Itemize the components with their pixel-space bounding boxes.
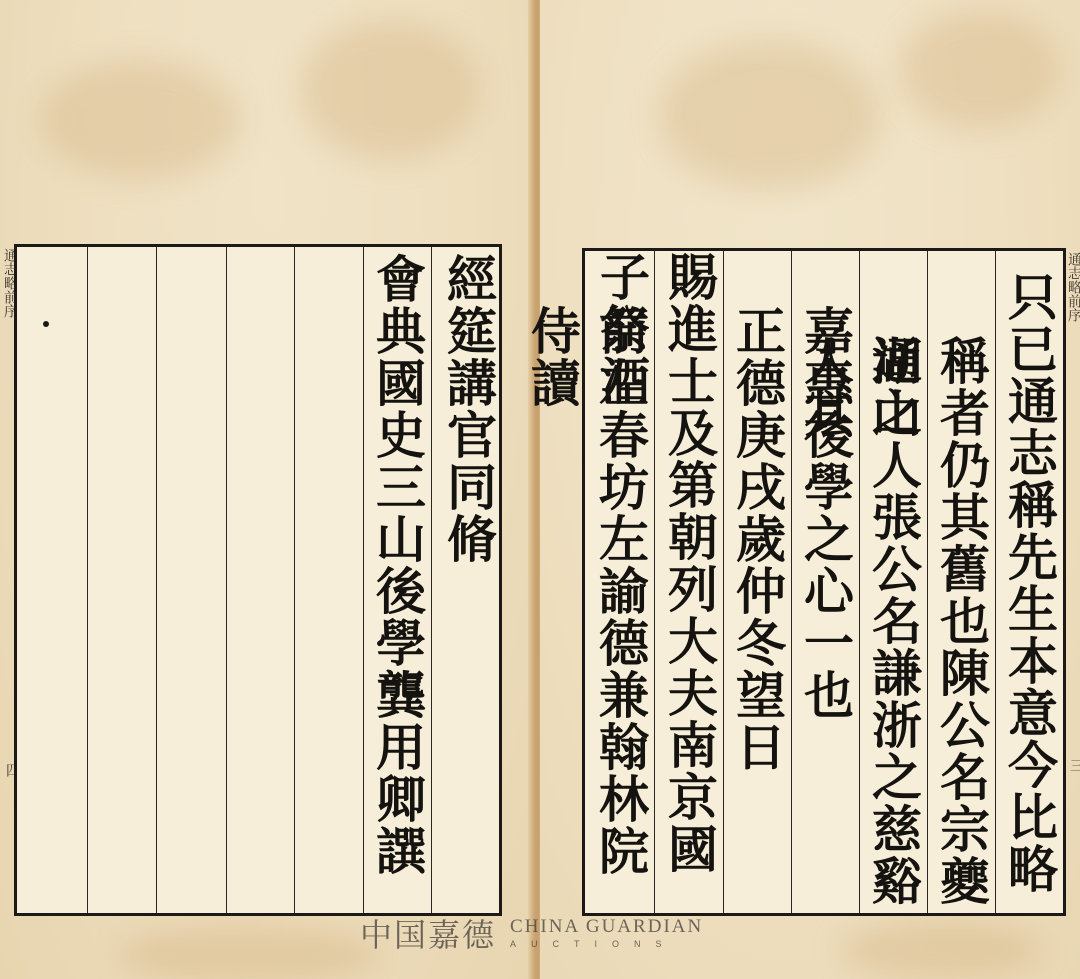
watermark-subtitle: AUCTIONS (510, 940, 703, 949)
text-column (87, 247, 156, 913)
auction-house-watermark: 中国嘉德 CHINA GUARDIAN AUCTIONS (360, 915, 703, 951)
column-text: 通山人張公名謙浙之慈谿人其 (860, 335, 927, 913)
left-page: 通志略前序 四 經筵講官同脩 會典國史三山後學龔用卿譔 (0, 0, 538, 979)
column-text: 正德庚戌歲仲冬望日 (724, 305, 791, 773)
watermark-chinese: 中国嘉德 (360, 910, 496, 956)
text-column: 正德庚戌歲仲冬望日 (723, 251, 791, 913)
text-column: 賜進士及第朝列大夫南京國子祭酒 (654, 251, 723, 913)
column-text: 會典國史三山後學龔用卿譔 (364, 253, 431, 877)
paper-stain (660, 40, 880, 190)
paper-stain (40, 60, 240, 180)
left-page-frame: 經筵講官同脩 會典國史三山後學龔用卿譔 (14, 244, 502, 916)
text-column: 前左春坊左諭德兼翰林院侍讀 (585, 251, 654, 913)
watermark-english: CHINA GUARDIAN (510, 917, 703, 936)
watermark-english-block: CHINA GUARDIAN AUCTIONS (510, 917, 703, 949)
right-margin-folio: 三 (1066, 758, 1080, 772)
column-text: 嘉惠後學之心一也 (792, 305, 859, 721)
paper-stain (900, 10, 1060, 130)
text-column: 經筵講官同脩 (431, 247, 502, 913)
column-text: 前左春坊左諭德兼翰林院侍讀 (585, 305, 654, 913)
right-page-frame: 只已通志稱先生本意今比略 稱者仍其舊也陳公名宗夔湖之 通山人張公名謙浙之慈谿人其… (582, 248, 1066, 916)
text-column (156, 247, 226, 913)
text-column (294, 247, 363, 913)
paper-stain (120, 925, 380, 979)
right-margin-title: 通志略前序 (1064, 252, 1080, 322)
text-column (226, 247, 294, 913)
column-text: 稱者仍其舊也陳公名宗夔湖之 (928, 335, 995, 913)
text-column: 會典國史三山後學龔用卿譔 (363, 247, 431, 913)
text-column: 通山人張公名謙浙之慈谿人其 (859, 251, 927, 913)
text-column (17, 247, 87, 913)
text-column: 稱者仍其舊也陳公名宗夔湖之 (927, 251, 995, 913)
column-text: 賜進士及第朝列大夫南京國子祭酒 (655, 251, 723, 913)
paper-stain (840, 920, 1040, 979)
column-text: 只已通志稱先生本意今比略 (996, 271, 1063, 895)
ink-spot (43, 321, 49, 327)
text-column: 嘉惠後學之心一也 (791, 251, 859, 913)
text-column: 只已通志稱先生本意今比略 (995, 251, 1063, 913)
paper-stain (300, 20, 480, 160)
column-text: 經筵講官同脩 (432, 253, 502, 565)
